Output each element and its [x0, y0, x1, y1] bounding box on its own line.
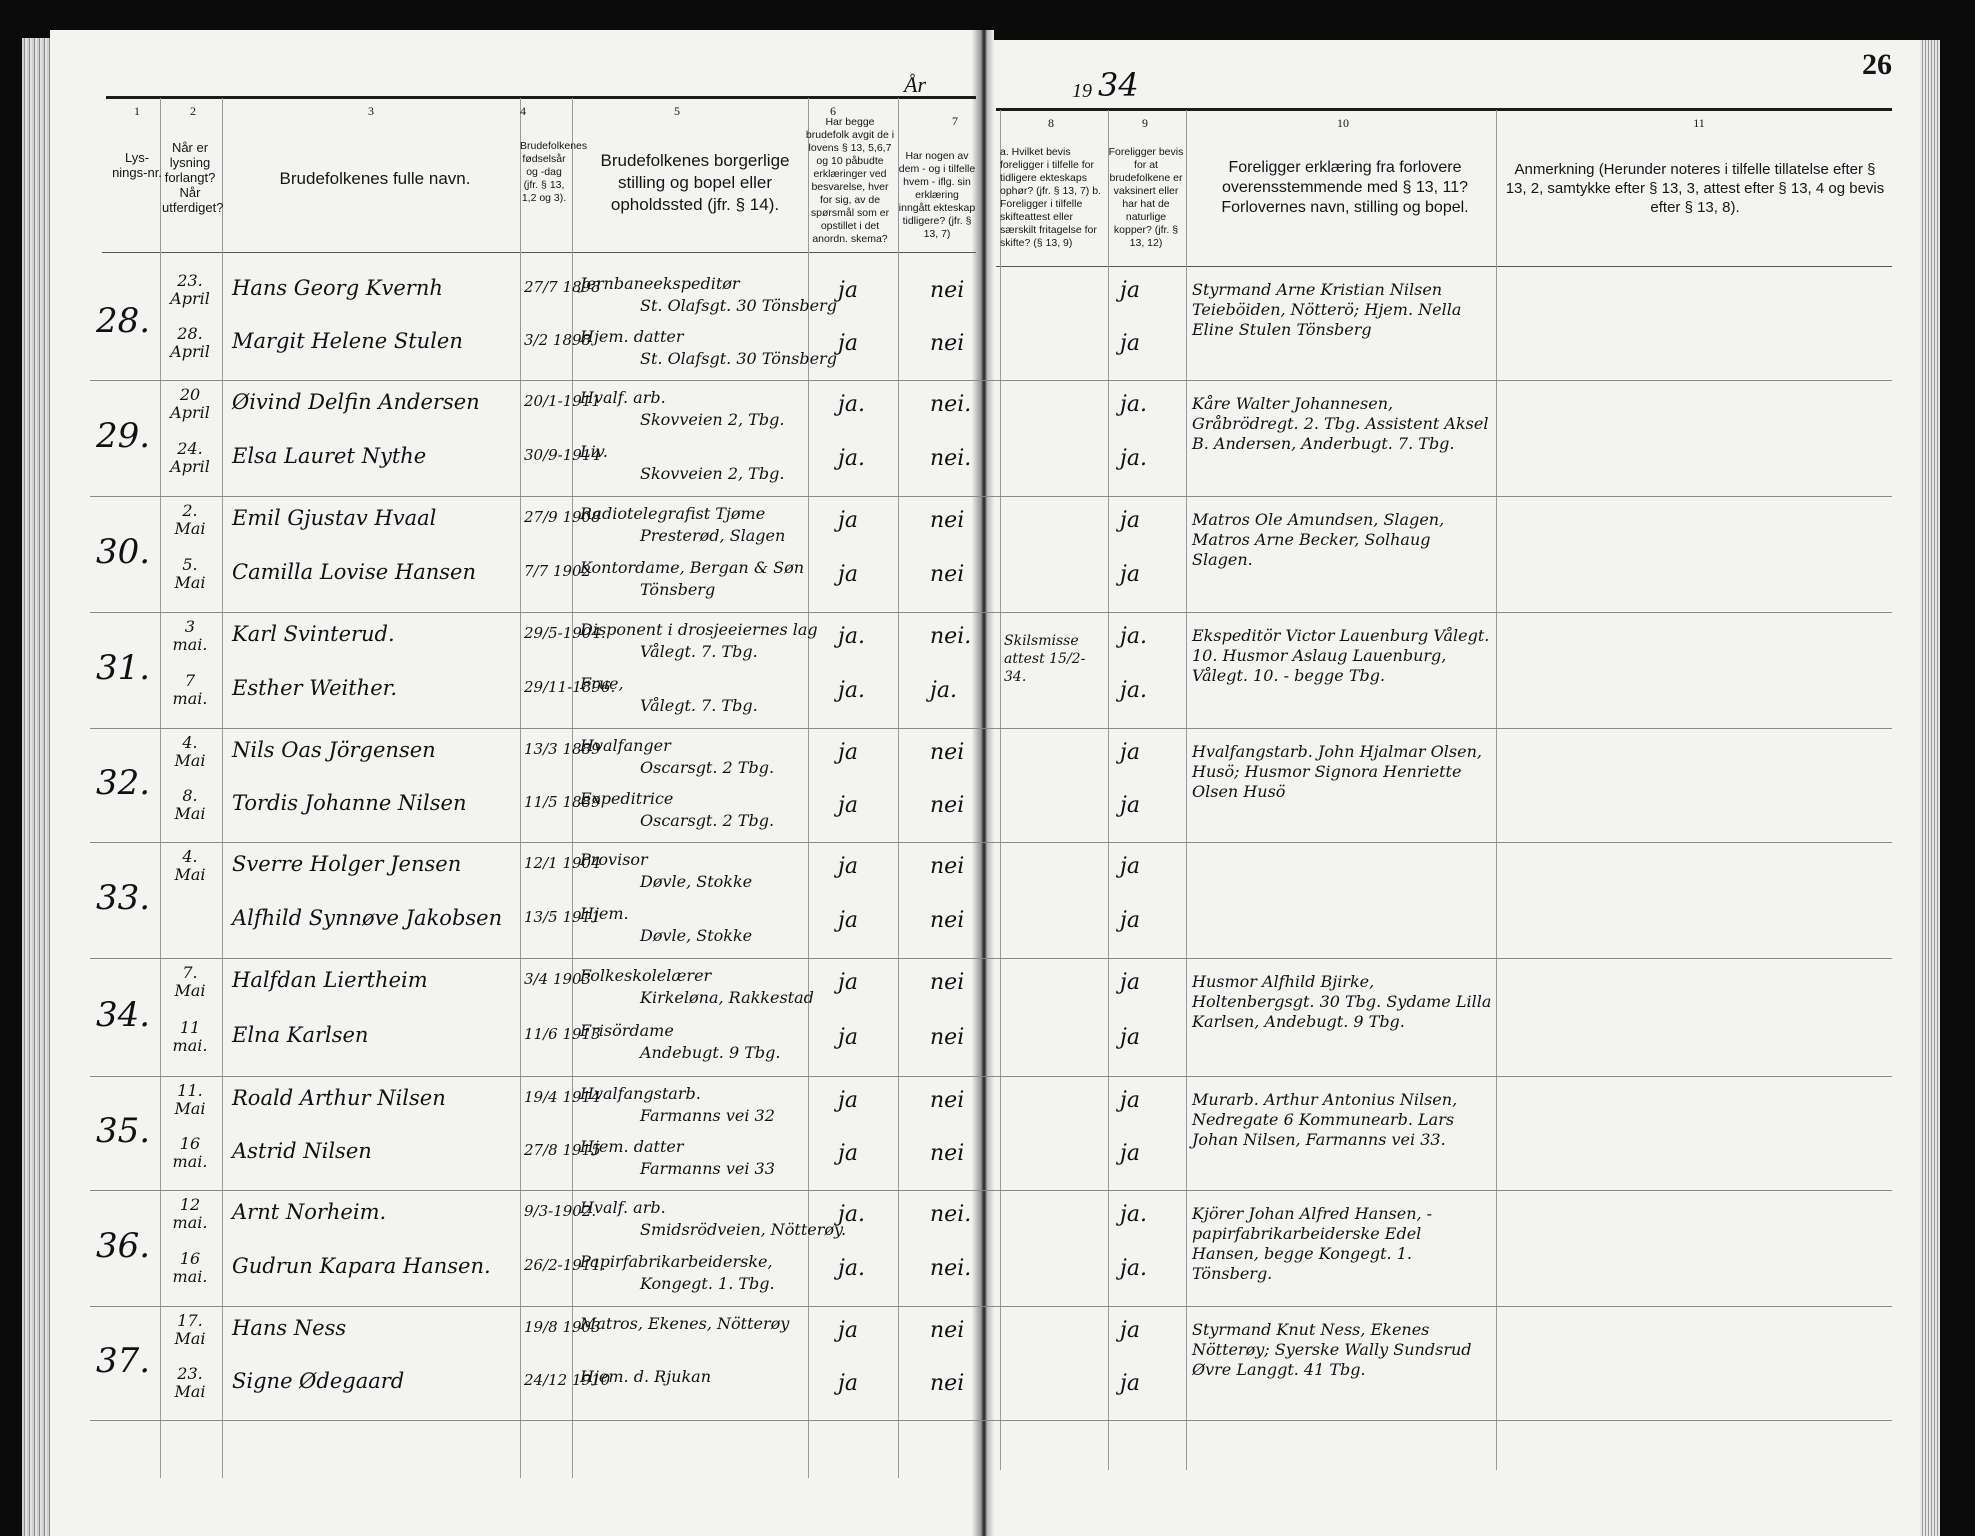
bride-name: Elsa Lauret Nythe [232, 444, 426, 468]
groom-occupation: Radiotelegrafist Tjøme [580, 504, 765, 524]
groom-name: Nils Oas Jörgensen [232, 738, 436, 762]
groom-name: Karl Svinterud. [232, 622, 395, 646]
table-row-divider [90, 380, 1892, 381]
column-divider [160, 98, 161, 1478]
groom-address: Skovveien 2, Tbg. [640, 410, 784, 430]
column-divider [1496, 110, 1497, 1470]
book-gutter [972, 30, 994, 1536]
bride-date: 16 mai. [168, 1135, 212, 1171]
groom-occupation: Hvalf. arb. [580, 388, 666, 408]
year-prefix: 19 [1072, 80, 1092, 103]
col-header-divorce-proof: a. Hvilket bevis foreligger i tilfelle f… [1000, 146, 1104, 250]
groom-previously-married: nei. [930, 1202, 971, 1227]
col-num-7: 7 [940, 114, 970, 129]
bride-vaccinated: ja [1120, 331, 1140, 356]
header-top-rule-right [996, 108, 1892, 111]
column-divider [898, 98, 899, 1478]
bride-occupation: Hjem. datter [580, 327, 683, 347]
header-top-rule [106, 96, 976, 99]
bride-declaration: ja [838, 793, 858, 818]
bride-declaration: ja. [838, 1256, 865, 1281]
groom-declaration: ja [838, 1088, 858, 1113]
bride-date: 16 mai. [168, 1250, 212, 1286]
col-num-2: 2 [178, 104, 208, 119]
table-row-divider [90, 958, 1892, 959]
groom-address: Kirkeløna, Rakkestad [640, 988, 814, 1008]
groom-address: Vålegt. 7. Tbg. [640, 642, 758, 662]
entry-number: 36. [96, 1226, 150, 1266]
groom-date: 12 mai. [168, 1196, 212, 1232]
groom-vaccinated: ja [1120, 508, 1140, 533]
bride-occupation: Expeditrice [580, 789, 673, 809]
bride-name: Gudrun Kapara Hansen. [232, 1254, 491, 1278]
bride-previously-married: nei. [930, 446, 971, 471]
groom-previously-married: nei [930, 1088, 964, 1113]
bride-declaration: ja. [838, 678, 865, 703]
groom-declaration: ja. [838, 624, 865, 649]
groom-name: Øivind Delfin Andersen [232, 390, 480, 414]
witnesses: Matros Ole Amundsen, Slagen, Matros Arne… [1192, 510, 1492, 570]
groom-previously-married: nei. [930, 624, 971, 649]
entry-number: 33. [96, 878, 150, 918]
groom-date: 4. Mai [168, 848, 212, 884]
column-divider [1186, 110, 1187, 1470]
col-num-1: 1 [122, 104, 152, 119]
groom-occupation: Hvalfangstarb. [580, 1084, 701, 1104]
groom-vaccinated: ja [1120, 854, 1140, 879]
col-num-8: 8 [1036, 116, 1066, 131]
groom-declaration: ja [838, 970, 858, 995]
groom-vaccinated: ja [1120, 278, 1140, 303]
bride-previously-married: nei [930, 562, 964, 587]
bride-previously-married: nei [930, 331, 964, 356]
groom-previously-married: nei [930, 970, 964, 995]
bride-vaccinated: ja [1120, 1371, 1140, 1396]
header-bottom-rule [102, 252, 976, 253]
bride-occupation: Hjem. d. Rjukan [580, 1367, 711, 1387]
header-bottom-rule-right [996, 266, 1892, 267]
bride-declaration: ja [838, 562, 858, 587]
witnesses: Styrmand Knut Ness, Ekenes Nötterøy; Sye… [1192, 1320, 1492, 1380]
bride-previously-married: nei [930, 1141, 964, 1166]
groom-declaration: ja. [838, 1202, 865, 1227]
col-header-vaccination: Foreligger bevis for at brudefolkene er … [1108, 146, 1184, 250]
bride-address: Andebugt. 9 Tbg. [640, 1043, 780, 1063]
groom-vaccinated: ja. [1120, 624, 1147, 649]
bride-address: St. Olafsgt. 30 Tönsberg [640, 349, 837, 369]
table-row-divider [90, 496, 1892, 497]
page-stack-edge-right [1920, 40, 1940, 1536]
groom-address: Oscarsgt. 2 Tbg. [640, 758, 774, 778]
groom-previously-married: nei [930, 854, 964, 879]
bride-name: Signe Ødegaard [232, 1369, 404, 1393]
groom-name: Emil Gjustav Hvaal [232, 506, 436, 530]
bride-occupation: Hjem. [580, 904, 629, 924]
witnesses: Hvalfangstarb. John Hjalmar Olsen, Husö;… [1192, 742, 1492, 802]
col-header-occupation: Brudefolkenes borgerlige stilling og bop… [590, 150, 800, 216]
groom-date: 11. Mai [168, 1082, 212, 1118]
column-divider [222, 98, 223, 1478]
bride-name: Esther Weither. [232, 676, 397, 700]
witnesses: Ekspeditör Victor Lauenburg Vålegt. 10. … [1192, 626, 1492, 686]
groom-name: Hans Georg Kvernh [232, 276, 443, 300]
groom-name: Roald Arthur Nilsen [232, 1086, 446, 1110]
groom-occupation: Matros, Ekenes, Nötterøy [580, 1314, 789, 1334]
entry-number: 37. [96, 1341, 150, 1381]
groom-date: 17. Mai [168, 1312, 212, 1348]
bride-occupation: Papirfabrikarbeiderske, [580, 1252, 773, 1272]
groom-previously-married: nei. [930, 392, 971, 417]
groom-declaration: ja [838, 740, 858, 765]
bride-vaccinated: ja [1120, 1141, 1140, 1166]
register-book: År 19 34 26 1 Lys-nings-nr. 2 Når er lys… [0, 0, 1975, 1536]
groom-previously-married: nei [930, 278, 964, 303]
year-label: År [904, 72, 926, 98]
bride-vaccinated: ja [1120, 562, 1140, 587]
witnesses: Husmor Alfhild Bjirke, Holtenbergsgt. 30… [1192, 972, 1492, 1032]
groom-occupation: Hvalfanger [580, 736, 671, 756]
col-header-declarations: Har begge brudefolk avgit de i lovens § … [805, 116, 895, 246]
col-num-9: 9 [1130, 116, 1160, 131]
groom-declaration: ja [838, 1318, 858, 1343]
bride-date: 8. Mai [168, 787, 212, 823]
groom-occupation: Jernbaneekspeditør [580, 274, 740, 294]
groom-declaration: ja [838, 854, 858, 879]
table-row-divider [90, 728, 1892, 729]
groom-occupation: Hvalf. arb. [580, 1198, 666, 1218]
entry-number: 35. [96, 1111, 150, 1151]
bride-declaration: ja [838, 331, 858, 356]
bride-vaccinated: ja [1120, 793, 1140, 818]
bride-occupation: Kontordame, Bergan & Søn [580, 558, 804, 578]
bride-name: Camilla Lovise Hansen [232, 560, 476, 584]
bride-previously-married: nei [930, 1025, 964, 1050]
bride-occupation: Hjem. datter [580, 1137, 683, 1157]
table-row-divider [90, 1306, 1892, 1307]
bride-address: Farmanns vei 33 [640, 1159, 775, 1179]
witnesses: Styrmand Arne Kristian Nilsen Teieböiden… [1192, 280, 1492, 340]
col-header-witnesses: Foreligger erklæring fra forlovere overe… [1200, 158, 1490, 218]
table-row-divider [90, 1420, 1892, 1421]
groom-previously-married: nei [930, 508, 964, 533]
groom-vaccinated: ja [1120, 970, 1140, 995]
groom-address: St. Olafsgt. 30 Tönsberg [640, 296, 837, 316]
groom-declaration: ja. [838, 392, 865, 417]
bride-address: Kongegt. 1. Tbg. [640, 1274, 775, 1294]
bride-vaccinated: ja [1120, 1025, 1140, 1050]
bride-declaration: ja [838, 908, 858, 933]
bride-vaccinated: ja [1120, 908, 1140, 933]
groom-address: Farmanns vei 32 [640, 1106, 775, 1126]
entry-number: 32. [96, 763, 150, 803]
bride-address: Tönsberg [640, 580, 715, 600]
groom-previously-married: nei [930, 740, 964, 765]
witnesses: Murarb. Arthur Antonius Nilsen, Nedregat… [1192, 1090, 1492, 1150]
entry-number: 34. [96, 995, 150, 1035]
bride-name: Margit Helene Stulen [232, 329, 463, 353]
column-divider [520, 98, 521, 1478]
groom-declaration: ja [838, 278, 858, 303]
col-num-11: 11 [1684, 116, 1714, 131]
groom-name: Halfdan Liertheim [232, 968, 428, 992]
groom-date: 7. Mai [168, 964, 212, 1000]
bride-previously-married: nei [930, 908, 964, 933]
groom-address: Smidsrödveien, Nötterøy. [640, 1220, 846, 1240]
groom-date: 20 April [168, 386, 212, 422]
groom-date: 4. Mai [168, 734, 212, 770]
groom-previously-married: nei [930, 1318, 964, 1343]
groom-date: 2. Mai [168, 502, 212, 538]
column-divider [1000, 110, 1001, 1470]
witnesses: Kjörer Johan Alfred Hansen, - papirfabri… [1192, 1204, 1492, 1284]
groom-vaccinated: ja [1120, 1088, 1140, 1113]
bride-date: 28. April [168, 325, 212, 361]
bride-previously-married: ja. [930, 678, 957, 703]
bride-occupation: Frue, [580, 674, 624, 694]
bride-date: 23. Mai [168, 1365, 212, 1401]
groom-date: 3 mai. [168, 618, 212, 654]
table-row-divider [90, 612, 1892, 613]
entry-number: 28. [96, 301, 150, 341]
groom-occupation: Provisor [580, 850, 648, 870]
bride-date: 5. Mai [168, 556, 212, 592]
bride-declaration: ja [838, 1371, 858, 1396]
groom-vaccinated: ja [1120, 740, 1140, 765]
witnesses: Kåre Walter Johannesen, Gråbrödregt. 2. … [1192, 394, 1492, 454]
bride-address: Oscarsgt. 2 Tbg. [640, 811, 774, 831]
groom-occupation: Folkeskolelærer [580, 966, 711, 986]
bride-declaration: ja [838, 1141, 858, 1166]
bride-name: Astrid Nilsen [232, 1139, 372, 1163]
entry-number: 29. [96, 416, 150, 456]
col-num-3: 3 [356, 104, 386, 119]
col-header-remarks: Anmerkning (Herunder noteres i tilfelle … [1505, 160, 1885, 217]
col-header-dates: Når er lysning forlangt? Når utferdiget? [162, 140, 218, 215]
bride-name: Elna Karlsen [232, 1023, 368, 1047]
bride-address: Vålegt. 7. Tbg. [640, 696, 758, 716]
groom-address: Presterød, Slagen [640, 526, 785, 546]
table-row-divider [90, 1076, 1892, 1077]
groom-date: 23. April [168, 272, 212, 308]
bride-previously-married: nei [930, 793, 964, 818]
column-divider [1108, 110, 1109, 1470]
bride-vaccinated: ja. [1120, 678, 1147, 703]
groom-address: Døvle, Stokke [640, 872, 752, 892]
bride-previously-married: nei. [930, 1256, 971, 1281]
groom-vaccinated: ja [1120, 1318, 1140, 1343]
bride-address: Døvle, Stokke [640, 926, 752, 946]
col-header-birth: Brudefolkenes fødselsår og -dag (jfr. § … [520, 140, 568, 205]
col-header-names: Brudefolkenes fulle navn. [230, 168, 520, 190]
groom-name: Sverre Holger Jensen [232, 852, 461, 876]
groom-name: Hans Ness [232, 1316, 346, 1340]
col-num-10: 10 [1328, 116, 1358, 131]
bride-occupation: Liv. [580, 442, 608, 462]
col-header-lysningsnr: Lys-nings-nr. [112, 150, 162, 180]
bride-previously-married: nei [930, 1371, 964, 1396]
bride-date: 24. April [168, 440, 212, 476]
col-num-4: 4 [508, 104, 538, 119]
divorce-certificate-note: Skilsmisse attest 15/2-34. [1004, 632, 1104, 686]
bride-name: Tordis Johanne Nilsen [232, 791, 466, 815]
bride-occupation: Frisördame [580, 1021, 674, 1041]
entry-number: 30. [96, 532, 150, 572]
bride-vaccinated: ja. [1120, 1256, 1147, 1281]
bride-address: Skovveien 2, Tbg. [640, 464, 784, 484]
groom-declaration: ja [838, 508, 858, 533]
bride-declaration: ja [838, 1025, 858, 1050]
table-row-divider [90, 1190, 1892, 1191]
entry-number: 31. [96, 648, 150, 688]
bride-name: Alfhild Synnøve Jakobsen [232, 906, 502, 930]
bride-date: 11 mai. [168, 1019, 212, 1055]
groom-name: Arnt Norheim. [232, 1200, 386, 1224]
col-num-5: 5 [662, 104, 692, 119]
groom-occupation: Disponent i drosjeeiernes lag [580, 620, 818, 640]
page-number: 26 [1862, 48, 1892, 82]
col-header-prev-married: Har nogen av dem - og i tilfelle hvem - … [898, 150, 976, 241]
bride-vaccinated: ja. [1120, 446, 1147, 471]
table-row-divider [90, 842, 1892, 843]
groom-vaccinated: ja. [1120, 392, 1147, 417]
year-suffix: 34 [1098, 66, 1139, 104]
bride-declaration: ja. [838, 446, 865, 471]
bride-date: 7 mai. [168, 672, 212, 708]
groom-vaccinated: ja. [1120, 1202, 1147, 1227]
